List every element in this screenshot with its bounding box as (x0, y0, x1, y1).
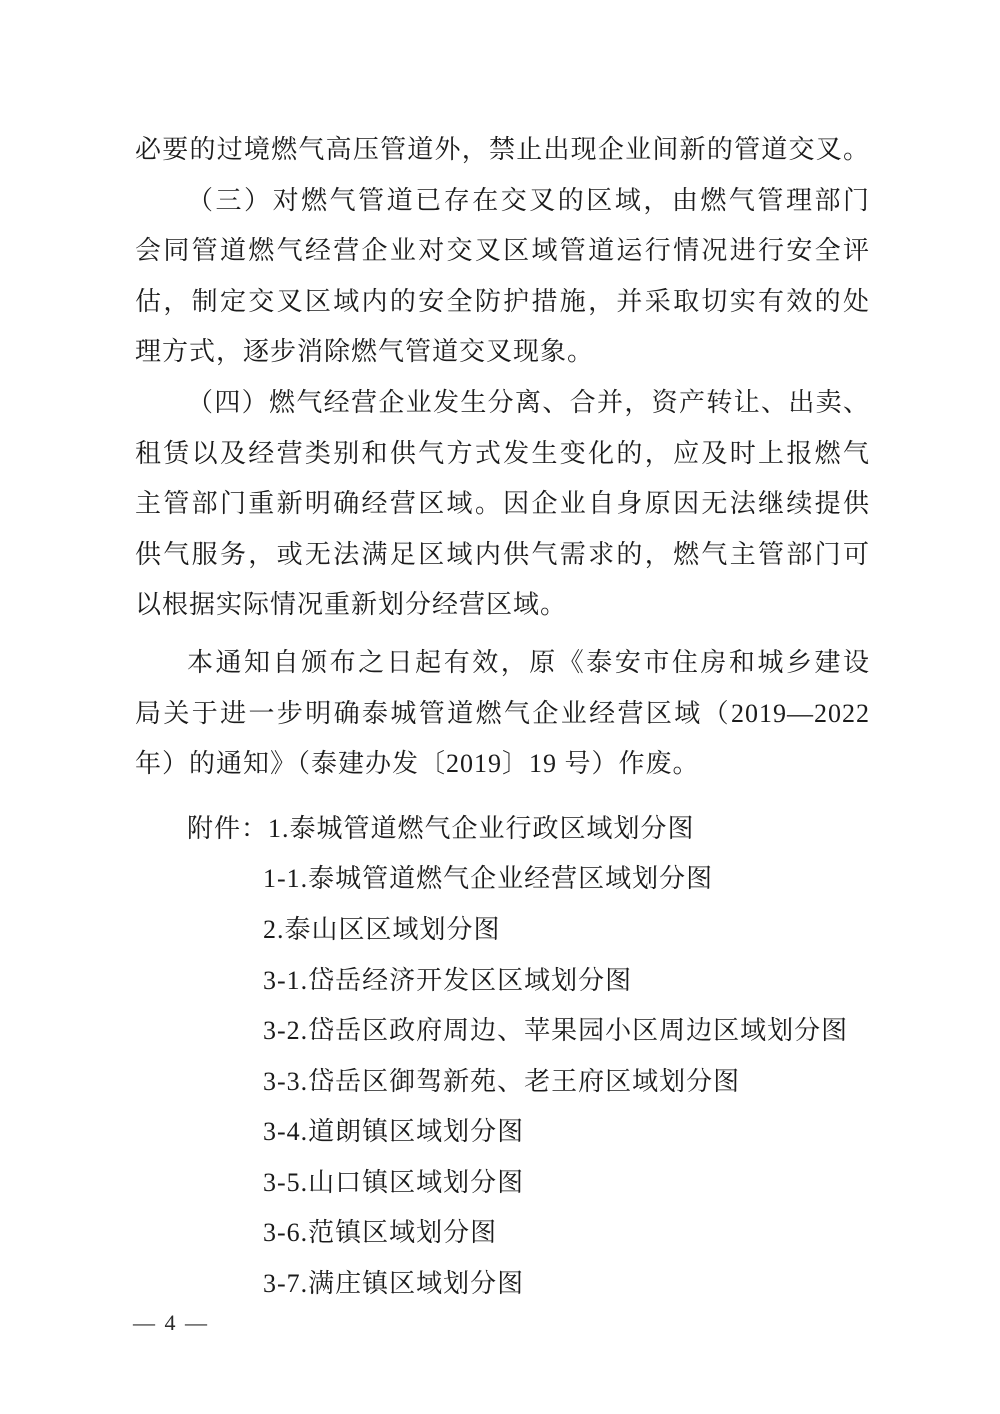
paragraph-item-3: （三）对燃气管道已存在交叉的区域，由燃气管理部门 会同管道燃气经营企业对交叉区域… (135, 176, 870, 378)
attachment-label: 附件： (187, 814, 268, 843)
attachment-line: 附件：1.泰城管道燃气企业行政区域划分图 (135, 804, 870, 855)
attachment-item: 2.泰山区区域划分图 (263, 905, 870, 956)
attachment-item: 1-1.泰城管道燃气企业经营区域划分图 (263, 854, 870, 905)
attachment-item: 3-3.岱岳区御驾新苑、老王府区域划分图 (263, 1057, 870, 1108)
text-line: 本通知自颁布之日起有效，原《泰安市住房和城乡建设 (135, 638, 870, 689)
text-line: 理方式，逐步消除燃气管道交叉现象。 (135, 327, 870, 378)
text-line: 年）的通知》（泰建办发〔2019〕19 号）作废。 (135, 739, 870, 790)
attachment-item: 3-4.道朗镇区域划分图 (263, 1107, 870, 1158)
paragraph-item-4: （四）燃气经营企业发生分离、合并，资产转让、出卖、 租赁以及经营类别和供气方式发… (135, 378, 870, 631)
attachment-item: 3-7.满庄镇区域划分图 (263, 1259, 870, 1310)
attachment-list: 附件：1.泰城管道燃气企业行政区域划分图 1-1.泰城管道燃气企业经营区域划分图… (135, 804, 870, 1310)
document-page: 必要的过境燃气高压管道外，禁止出现企业间新的管道交叉。 （三）对燃气管道已存在交… (0, 0, 1000, 1414)
attachment-item: 3-1.岱岳经济开发区区域划分图 (263, 956, 870, 1007)
text-line: 局关于进一步明确泰城管道燃气企业经营区域（2019—2022 (135, 689, 870, 740)
text-line: 估，制定交叉区域内的安全防护措施，并采取切实有效的处 (135, 277, 870, 328)
attachment-item: 1.泰城管道燃气企业行政区域划分图 (268, 814, 695, 843)
document-body: 必要的过境燃气高压管道外，禁止出现企业间新的管道交叉。 （三）对燃气管道已存在交… (135, 125, 870, 1310)
text-line: 供气服务，或无法满足区域内供气需求的，燃气主管部门可 (135, 530, 870, 581)
attachment-item: 3-2.岱岳区政府周边、苹果园小区周边区域划分图 (263, 1006, 870, 1057)
text-line: 以根据实际情况重新划分经营区域。 (135, 580, 870, 631)
text-line: 租赁以及经营类别和供气方式发生变化的，应及时上报燃气 (135, 429, 870, 480)
text-line: 必要的过境燃气高压管道外，禁止出现企业间新的管道交叉。 (135, 125, 870, 176)
attachment-item: 3-6.范镇区域划分图 (263, 1208, 870, 1259)
page-number: — 4 — (133, 1310, 209, 1336)
text-line: （三）对燃气管道已存在交叉的区域，由燃气管理部门 (135, 176, 870, 227)
paragraph-effective-date: 本通知自颁布之日起有效，原《泰安市住房和城乡建设 局关于进一步明确泰城管道燃气企… (135, 638, 870, 790)
text-line: 主管部门重新明确经营区域。因企业自身原因无法继续提供 (135, 479, 870, 530)
attachment-item: 3-5.山口镇区域划分图 (263, 1158, 870, 1209)
paragraph-continuation: 必要的过境燃气高压管道外，禁止出现企业间新的管道交叉。 (135, 125, 870, 176)
text-line: （四）燃气经营企业发生分离、合并，资产转让、出卖、 (135, 378, 870, 429)
text-line: 会同管道燃气经营企业对交叉区域管道运行情况进行安全评 (135, 226, 870, 277)
